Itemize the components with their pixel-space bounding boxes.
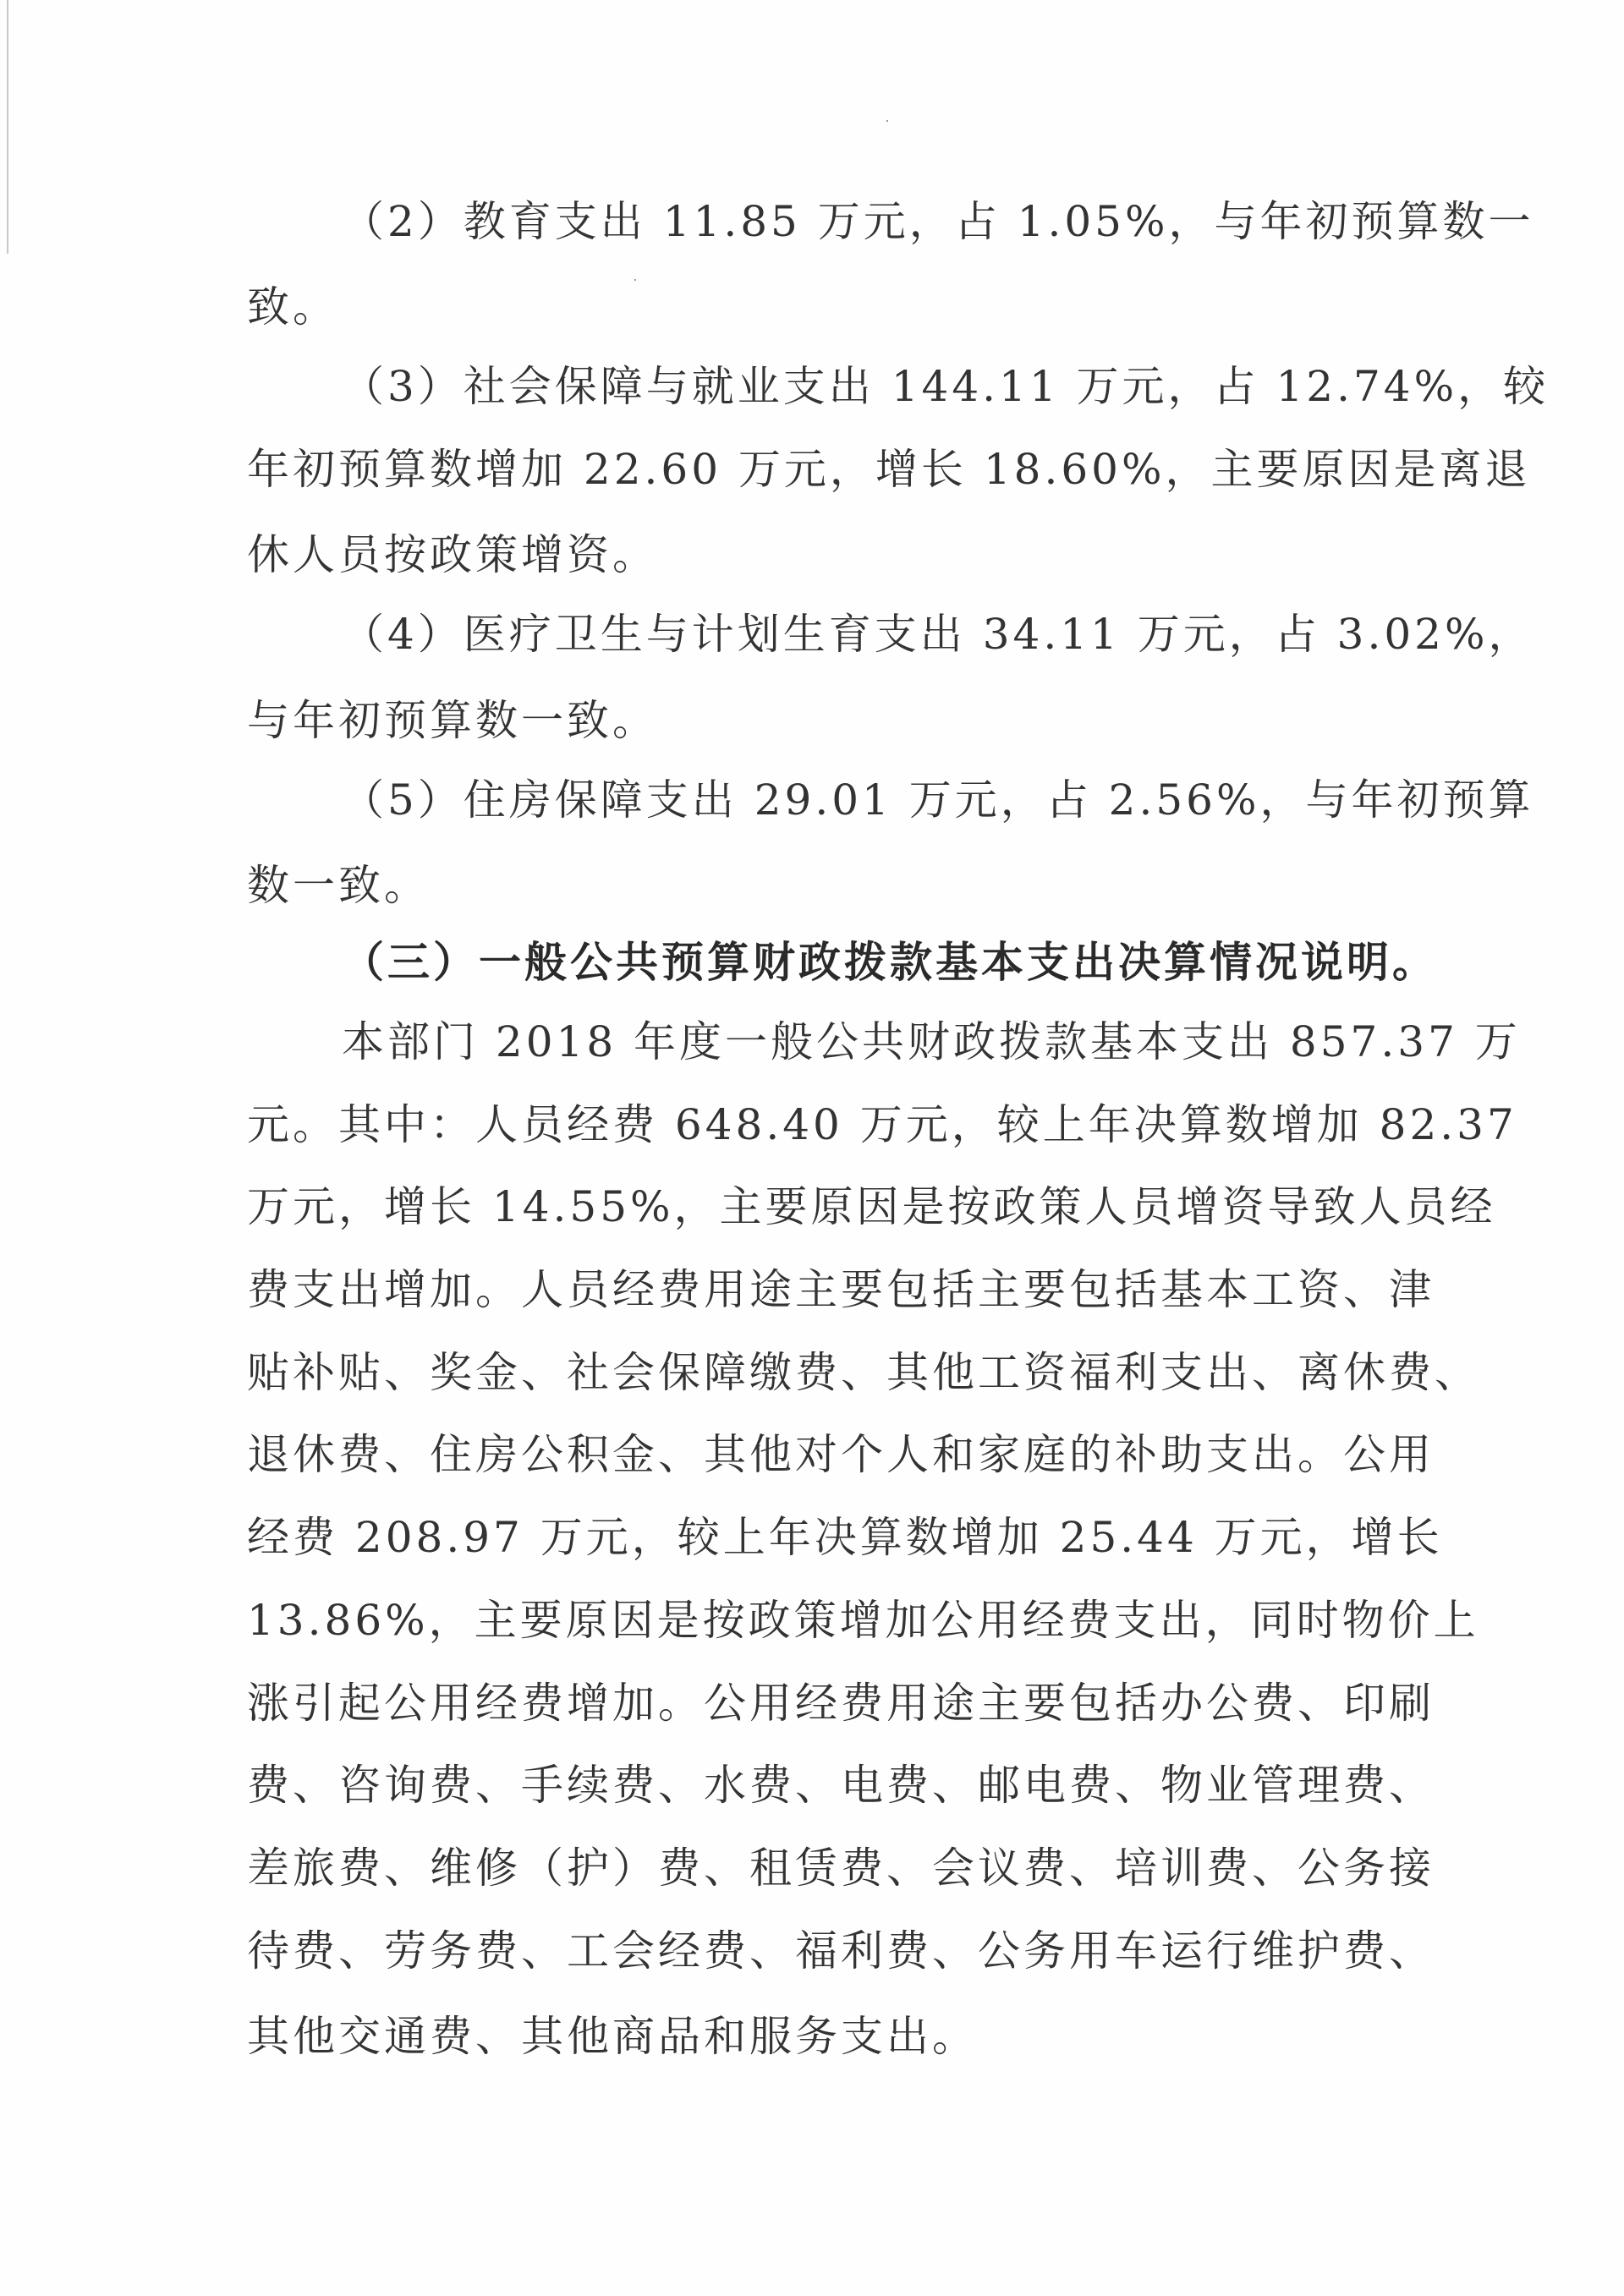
section-heading: （三）一般公共预算财政拨款基本支出决算情况说明。	[342, 937, 1389, 988]
paragraph-line: （5）住房保障支出 29.01 万元，占 2.56%，与年初预算	[342, 775, 1389, 825]
paragraph-line: 致。	[247, 282, 1389, 332]
paragraph-line: （4）医疗卫生与计划生育支出 34.11 万元，占 3.02%，	[342, 609, 1389, 660]
paragraph-line: 数一致。	[247, 860, 1389, 911]
paragraph-line: （3）社会保障与就业支出 144.11 万元，占 12.74%，较	[342, 361, 1389, 412]
paragraph-line: 差旅费、维修（护）费、租赁费、会议费、培训费、公务接	[247, 1843, 1389, 1893]
scan-speck	[886, 120, 888, 122]
paragraph-line: 经费 208.97 万元，较上年决算数增加 25.44 万元，增长	[247, 1512, 1389, 1563]
paragraph-line: 元。其中：人员经费 648.40 万元，较上年决算数增加 82.37	[247, 1099, 1389, 1150]
paragraph-line: 与年初预算数一致。	[247, 695, 1389, 746]
scan-speck	[634, 279, 636, 281]
paragraph-line: 涨引起公用经费增加。公用经费用途主要包括办公费、印刷	[247, 1678, 1389, 1729]
paragraph-line: 贴补贴、奖金、社会保障缴费、其他工资福利支出、离休费、	[247, 1347, 1389, 1398]
paragraph-line: 待费、劳务费、工会经费、福利费、公务用车运行维护费、	[247, 1926, 1389, 1976]
paragraph-line: 退休费、住房公积金、其他对个人和家庭的补助支出。公用	[247, 1429, 1389, 1480]
paragraph-line: 本部门 2018 年度一般公共财政拨款基本支出 857.37 万	[342, 1016, 1389, 1067]
scan-edge-line	[7, 0, 8, 254]
paragraph-line: 费支出增加。人员经费用途主要包括主要包括基本工资、津	[247, 1264, 1389, 1315]
paragraph-line: （2）教育支出 11.85 万元，占 1.05%，与年初预算数一	[342, 196, 1389, 247]
document-page: （2）教育支出 11.85 万元，占 1.05%，与年初预算数一 致。 （3）社…	[0, 0, 1624, 2296]
paragraph-line: 年初预算数增加 22.60 万元，增长 18.60%，主要原因是离退	[247, 444, 1389, 495]
paragraph-line: 其他交通费、其他商品和服务支出。	[247, 2011, 1389, 2062]
paragraph-line: 万元，增长 14.55%，主要原因是按政策人员增资导致人员经	[247, 1181, 1389, 1232]
paragraph-line: 13.86%，主要原因是按政策增加公用经费支出，同时物价上	[247, 1595, 1389, 1646]
paragraph-line: 休人员按政策增资。	[247, 529, 1389, 580]
paragraph-line: 费、咨询费、手续费、水费、电费、邮电费、物业管理费、	[247, 1760, 1389, 1811]
